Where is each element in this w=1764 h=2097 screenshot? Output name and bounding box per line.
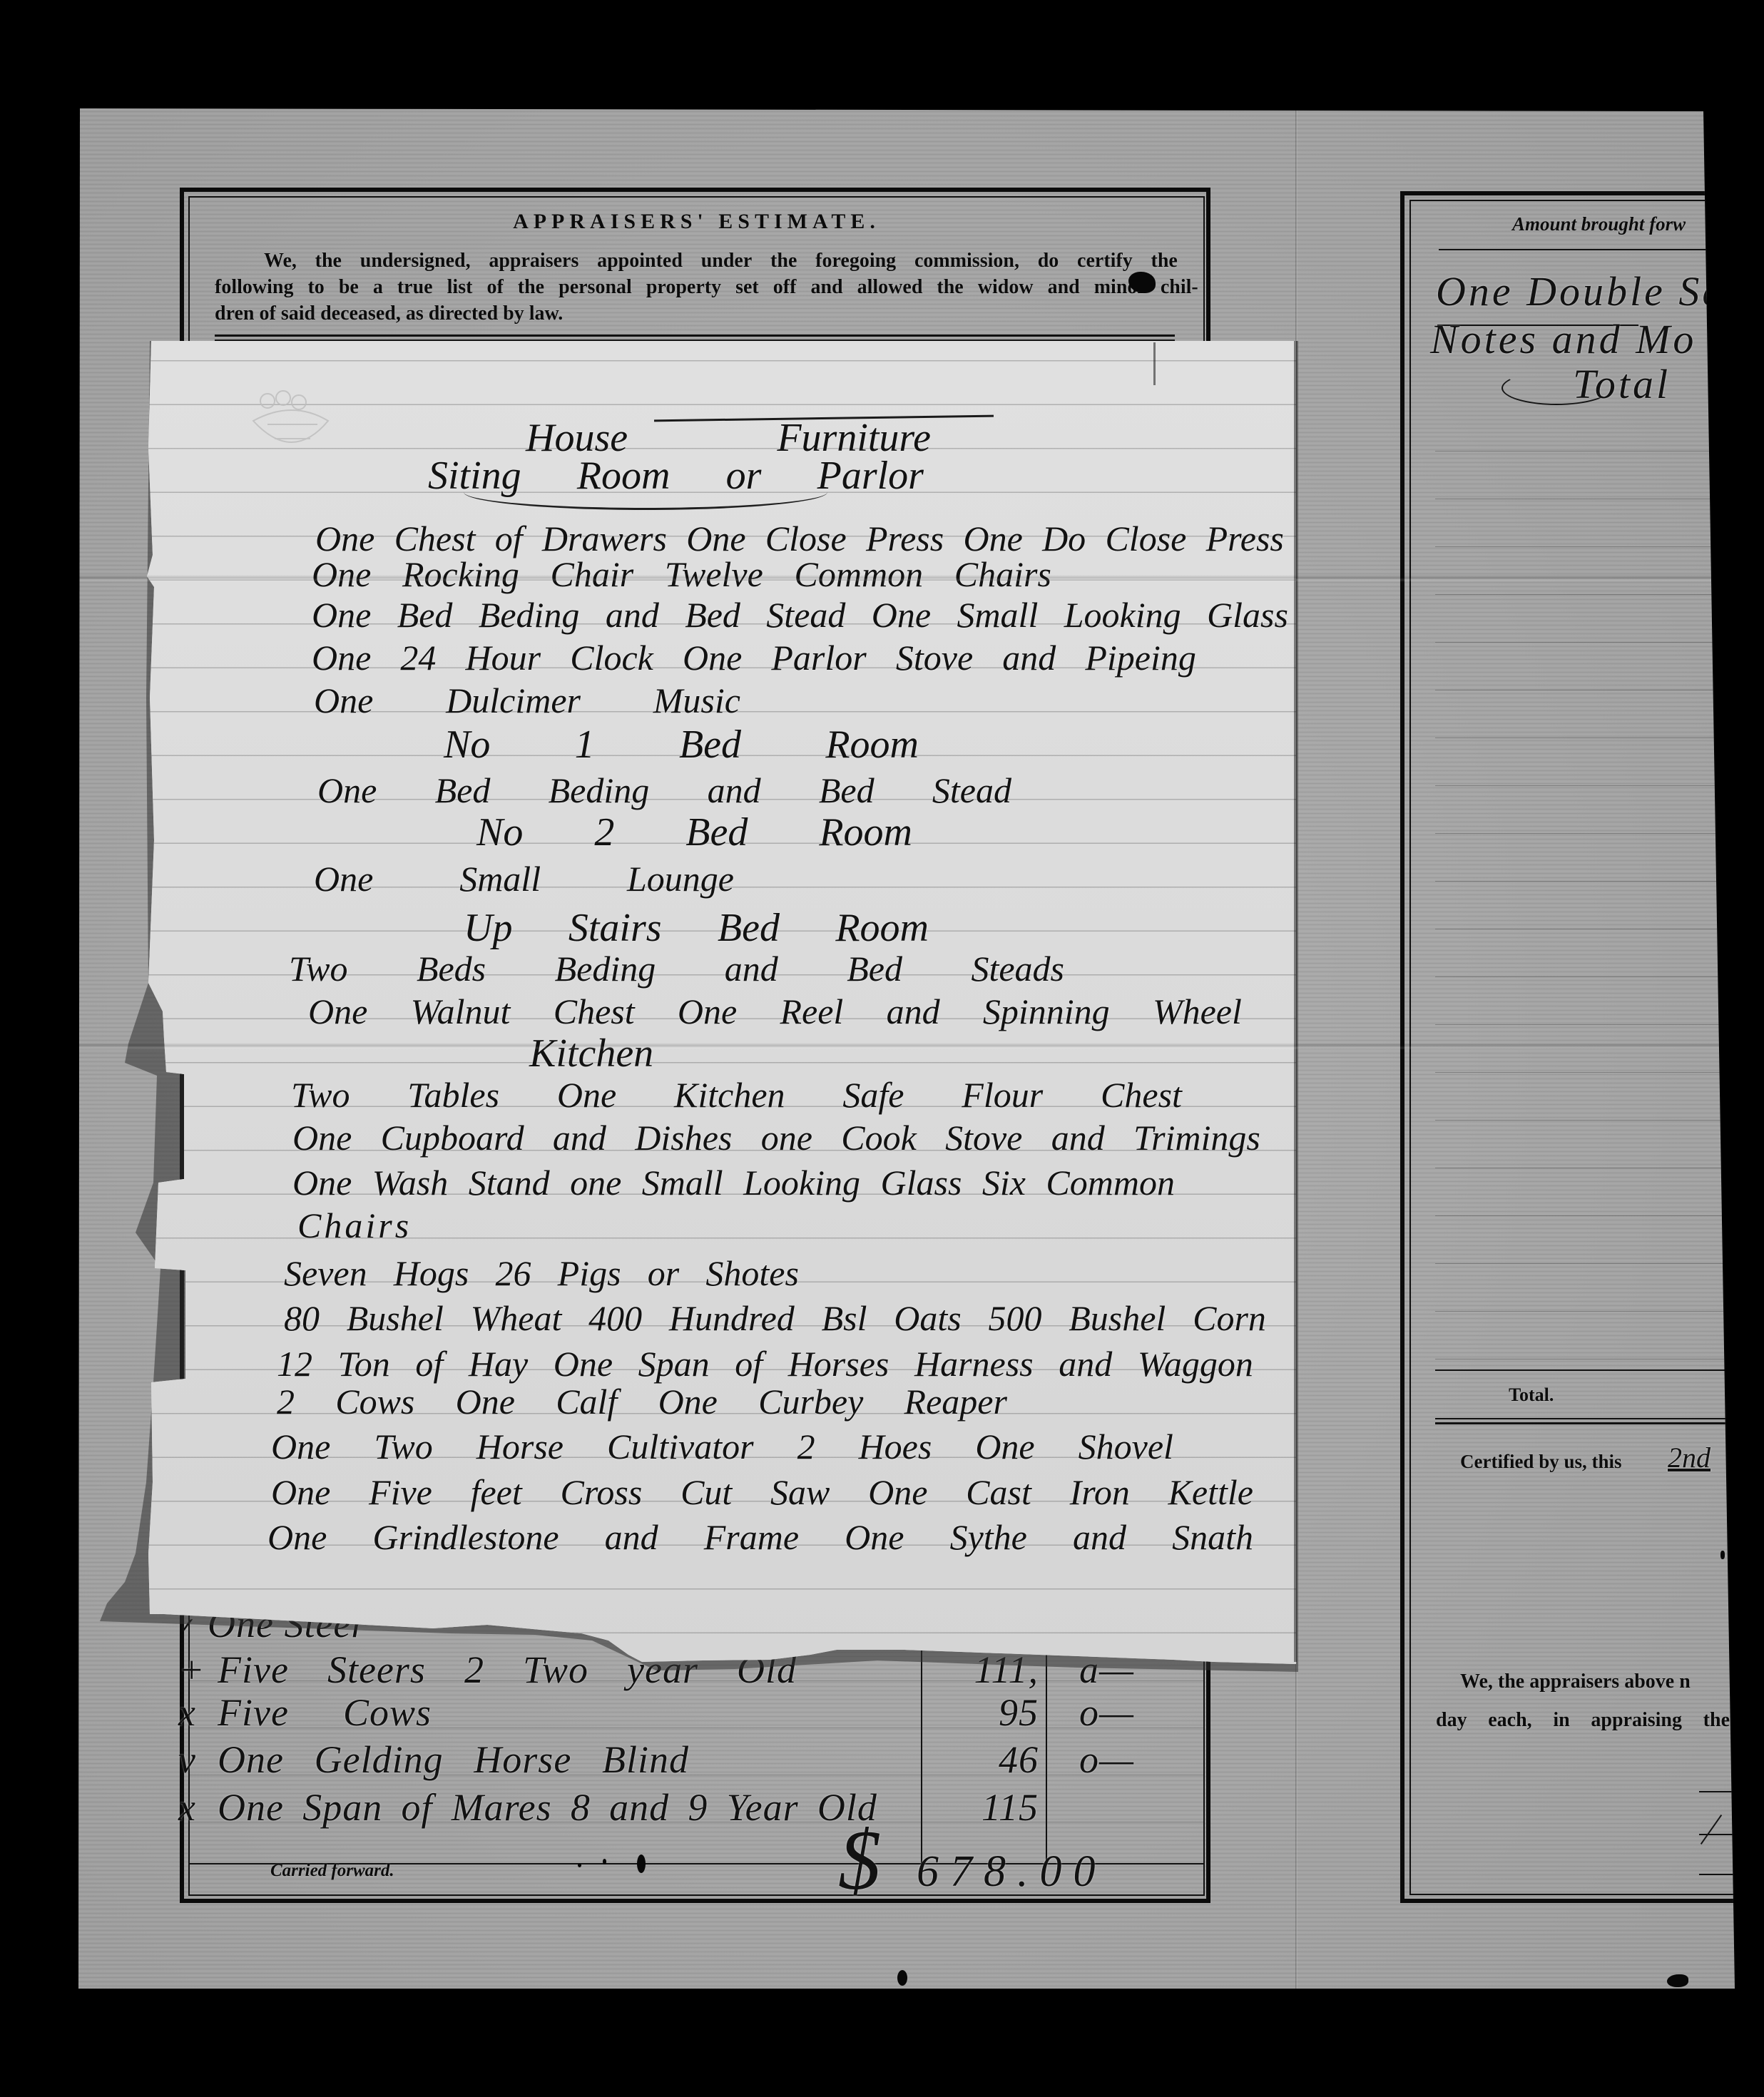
word: Flour xyxy=(962,1077,1043,1113)
signature-line xyxy=(1699,1791,1756,1792)
ink-speck xyxy=(603,1859,606,1864)
inventory-heading: HouseFurniture xyxy=(526,418,931,458)
word: Cook xyxy=(841,1120,917,1155)
inventory-heading: Kitchen xyxy=(529,1034,653,1073)
inventory-heading: No1BedRoom xyxy=(444,725,919,765)
word: Wheel xyxy=(1153,994,1242,1029)
inventory-line: OneSmallLounge xyxy=(314,861,734,897)
total-double-rule-a xyxy=(1435,1418,1742,1419)
word: Five xyxy=(218,1650,289,1689)
intro-line-2: followingtobeatruelistofthepersonalprope… xyxy=(215,277,1198,297)
word: Kitchen xyxy=(674,1077,785,1113)
inventory-line: OneCupboardandDishesoneCookStoveandTrimi… xyxy=(292,1120,1260,1155)
word: chil- xyxy=(1161,277,1198,297)
word: Frame xyxy=(704,1519,799,1555)
word: Bed xyxy=(685,812,748,852)
word: Cupboard xyxy=(381,1120,524,1155)
word: Hogs xyxy=(394,1255,469,1291)
carried-forward-label: Carried forward. xyxy=(270,1862,394,1879)
word: and xyxy=(1002,640,1056,675)
word: a xyxy=(373,277,383,297)
word: and xyxy=(606,597,659,633)
word: Kettle xyxy=(1168,1474,1253,1510)
word: Wash xyxy=(372,1165,449,1200)
word: Common xyxy=(795,556,924,592)
word: One xyxy=(456,1384,515,1419)
inventory-line: TwoTablesOneKitchenSafeFlourChest xyxy=(291,1077,1182,1113)
word: One xyxy=(271,1474,330,1510)
inventory-heading: UpStairsBedRoom xyxy=(464,908,929,948)
ink-spot xyxy=(1667,1974,1688,1987)
word: Beds xyxy=(417,951,486,986)
pasted-note-right-edge xyxy=(1294,341,1297,1662)
word: One xyxy=(312,640,371,675)
word: 80 xyxy=(284,1300,320,1336)
word: Room xyxy=(819,812,912,852)
row-check-mark: + xyxy=(178,1650,205,1689)
word: Small xyxy=(459,861,541,897)
inventory-line: 12TonofHayOneSpanofHorsesHarnessandWaggo… xyxy=(277,1346,1253,1382)
ink-spot xyxy=(897,1970,907,1986)
word: Reel xyxy=(780,994,844,1029)
word: One xyxy=(678,994,737,1029)
word: 26 xyxy=(496,1255,531,1291)
handwritten-total: Total xyxy=(1573,364,1671,405)
word: Rocking xyxy=(402,556,519,592)
word: One xyxy=(554,1346,613,1382)
word: 12 xyxy=(277,1346,312,1382)
word: One xyxy=(872,597,931,633)
row-cents: o— xyxy=(1079,1693,1134,1732)
word: Stand xyxy=(469,1165,550,1200)
word: Up xyxy=(464,908,512,948)
word: One xyxy=(308,994,367,1029)
word: Looking xyxy=(1064,597,1181,633)
inventory-line: OneChestofDrawersOneClosePressOneDoClose… xyxy=(315,521,1284,556)
word: Chest xyxy=(394,521,476,556)
word: One xyxy=(683,640,742,675)
word: and xyxy=(1048,277,1080,297)
row-item: FiveCows xyxy=(218,1693,432,1732)
word: Stove xyxy=(945,1120,1022,1155)
word: undersigned, xyxy=(360,251,471,271)
word: Bed xyxy=(847,951,902,986)
word: Span xyxy=(638,1346,710,1382)
word: Hay xyxy=(469,1346,528,1382)
word: Cross xyxy=(560,1474,642,1510)
word: One xyxy=(267,1519,327,1555)
word: Cows xyxy=(343,1693,432,1732)
word: the xyxy=(518,277,544,297)
word: One xyxy=(975,1429,1034,1464)
word: 9 xyxy=(688,1788,708,1827)
word: Two xyxy=(523,1650,588,1689)
word: appointed xyxy=(597,251,683,271)
carried-forward-total: 678.00 xyxy=(917,1849,1107,1894)
word: Steads xyxy=(971,951,1064,986)
word: of xyxy=(495,521,523,556)
word: We, xyxy=(264,251,297,271)
word: Steers xyxy=(327,1650,426,1689)
word: property xyxy=(646,277,721,297)
form-title: APPRAISERS' ESTIMATE. xyxy=(190,211,1203,233)
word: Stead xyxy=(932,772,1011,808)
word: feet xyxy=(471,1474,522,1510)
word: 500 xyxy=(988,1300,1041,1336)
word: Iron xyxy=(1070,1474,1130,1510)
word: Small xyxy=(642,1165,723,1200)
embossed-seal-icon xyxy=(239,385,346,471)
ink-speck xyxy=(637,1854,646,1873)
word: Hour xyxy=(466,640,541,675)
word: personal xyxy=(559,277,632,297)
word: and xyxy=(1059,1346,1112,1382)
word: Bushel xyxy=(347,1300,444,1336)
handwritten-line-2: Notes and Mo xyxy=(1430,319,1696,360)
word: Clock xyxy=(570,640,653,675)
word: 8 xyxy=(571,1788,591,1827)
word: and xyxy=(887,994,940,1029)
word: under xyxy=(701,251,753,271)
word: Small xyxy=(957,597,1038,633)
word: Horses xyxy=(788,1346,889,1382)
word: of xyxy=(401,1788,432,1827)
word: Trimings xyxy=(1133,1120,1260,1155)
word: One xyxy=(292,1165,352,1200)
word: One xyxy=(218,1740,284,1779)
word: Twelve xyxy=(665,556,763,592)
word: 2 xyxy=(277,1384,295,1419)
word: be xyxy=(339,277,359,297)
word: Beding xyxy=(479,597,580,633)
word: One xyxy=(314,861,373,897)
word: Bed xyxy=(397,597,453,633)
word: true xyxy=(397,277,433,297)
word: the xyxy=(1151,251,1178,271)
inventory-line: Chairs xyxy=(297,1208,412,1243)
word: Dishes xyxy=(635,1120,732,1155)
word: and xyxy=(810,277,842,297)
word: Stove xyxy=(896,640,973,675)
ink-speck xyxy=(1720,1551,1725,1559)
word: Five xyxy=(369,1474,432,1510)
word: Mares xyxy=(452,1788,552,1827)
word: one xyxy=(570,1165,621,1200)
word: Grindlestone xyxy=(372,1519,559,1555)
word: Cast xyxy=(966,1474,1031,1510)
word: widow xyxy=(978,277,1034,297)
word: 2 xyxy=(594,812,614,852)
word: 2 xyxy=(464,1650,484,1689)
handwritten-line-1: One Double Se xyxy=(1436,271,1723,312)
word: 1 xyxy=(575,725,595,765)
word: One xyxy=(557,1077,616,1113)
word: Bed xyxy=(435,772,491,808)
word: in xyxy=(1553,1710,1569,1730)
word: Stead xyxy=(766,597,845,633)
word: following xyxy=(215,277,293,297)
header-double-rule-top xyxy=(215,335,1175,337)
inventory-line: OneGrindlestoneandFrameOneSytheandSnath xyxy=(267,1519,1253,1555)
word: Music xyxy=(653,683,740,718)
word: Common xyxy=(1046,1165,1175,1200)
word: Furniture xyxy=(777,418,931,458)
row-dollars: 115 xyxy=(924,1788,1039,1827)
inventory-line: 80BushelWheat400HundredBslOats500BushelC… xyxy=(284,1300,1266,1336)
word: Cultivator xyxy=(607,1429,754,1464)
word: Bushel xyxy=(1069,1300,1166,1336)
word: Two xyxy=(291,1077,350,1113)
word: Chair xyxy=(551,556,634,592)
row-item: OneGeldingHorseBlind xyxy=(218,1740,689,1779)
amount-brought-forward-label: Amount brought forw xyxy=(1512,215,1686,234)
word: Close xyxy=(1105,521,1186,556)
word: Blind xyxy=(602,1740,689,1779)
word: Bed xyxy=(819,772,875,808)
word: 400 xyxy=(588,1300,642,1336)
inventory-line: OneTwoHorseCultivator2HoesOneShovel xyxy=(271,1429,1173,1464)
intro-line-3: dren of said deceased, as directed by la… xyxy=(215,304,563,324)
word: Press xyxy=(1206,521,1284,556)
word: One xyxy=(312,556,371,592)
certified-day: 2nd xyxy=(1668,1444,1711,1472)
word: Parlor xyxy=(771,640,866,675)
row-check-mark: x xyxy=(178,1788,196,1827)
word: Drawers xyxy=(542,521,667,556)
word: and xyxy=(1051,1120,1105,1155)
word: One xyxy=(312,597,371,633)
inventory-heading: No2BedRoom xyxy=(476,812,912,852)
word: Beding xyxy=(549,772,650,808)
word: Cows xyxy=(335,1384,414,1419)
word: House xyxy=(526,418,628,458)
word: Reaper xyxy=(904,1384,1007,1419)
word: Sythe xyxy=(950,1519,1027,1555)
word: Waggon xyxy=(1138,1346,1253,1382)
word: Safe xyxy=(842,1077,904,1113)
word: Span xyxy=(302,1788,382,1827)
word: allowed xyxy=(857,277,923,297)
word: each, xyxy=(1488,1710,1531,1730)
word: Six xyxy=(982,1165,1026,1200)
word: One xyxy=(218,1788,284,1827)
word: 24 xyxy=(400,640,436,675)
inventory-line: OneFivefeetCrossCutSawOneCastIronKettle xyxy=(271,1474,1253,1510)
word: Saw xyxy=(770,1474,830,1510)
total-label: Total. xyxy=(1509,1386,1554,1404)
word: One xyxy=(315,521,374,556)
word: Bed xyxy=(685,597,740,633)
word: Hoes xyxy=(859,1429,932,1464)
word: Bed xyxy=(718,908,780,948)
word: Glass xyxy=(1207,597,1288,633)
word: Beding xyxy=(555,951,656,986)
word: Bed xyxy=(679,725,741,765)
word: appraising xyxy=(1591,1710,1682,1730)
inventory-line: OneDulcimerMusic xyxy=(314,683,740,718)
word: Five xyxy=(218,1693,289,1732)
word: do xyxy=(1038,251,1059,271)
word: Oats xyxy=(894,1300,961,1336)
word: certify xyxy=(1077,251,1133,271)
word: 2 xyxy=(797,1429,815,1464)
total-rule-top xyxy=(1435,1369,1742,1371)
word: to xyxy=(307,277,324,297)
header-double-rule-bottom xyxy=(215,340,1175,341)
word: One xyxy=(658,1384,718,1419)
word: Siting xyxy=(428,456,521,496)
word: Cut xyxy=(680,1474,732,1510)
inventory-line: OneBedBedingandBedSteadOneSmallLookingGl… xyxy=(312,597,1288,633)
word: Two xyxy=(289,951,347,986)
word: Close xyxy=(765,521,847,556)
word: One xyxy=(292,1120,352,1155)
word: one xyxy=(761,1120,812,1155)
word: of xyxy=(735,1346,763,1382)
word: Shotes xyxy=(705,1255,799,1291)
appraisers-statement-line-2: dayeach,inappraisingthe xyxy=(1436,1710,1730,1730)
word: Room xyxy=(835,908,929,948)
word: the xyxy=(770,251,797,271)
word: day xyxy=(1436,1710,1467,1730)
row-cents: o— xyxy=(1079,1740,1134,1779)
word: and xyxy=(1073,1519,1126,1555)
word: and xyxy=(553,1120,606,1155)
word: Parlor xyxy=(817,456,924,496)
word: the xyxy=(937,277,963,297)
word: off xyxy=(773,277,797,297)
word: or xyxy=(648,1255,679,1291)
intro-line-1: We,theundersigned,appraisersappointedund… xyxy=(264,251,1178,271)
row-check-mark: v xyxy=(178,1740,196,1779)
word: and xyxy=(725,951,778,986)
word: list xyxy=(447,277,473,297)
word: Chest xyxy=(554,994,635,1029)
inventory-line: 2CowsOneCalfOneCurbeyReaper xyxy=(277,1384,1007,1419)
word: Corn xyxy=(1193,1300,1266,1336)
word: One xyxy=(686,521,745,556)
scanned-document-page: APPRAISERS' ESTIMATE. We,theundersigned,… xyxy=(0,0,1764,2097)
word: Two xyxy=(374,1429,432,1464)
inventory-line: OneWalnutChestOneReelandSpinningWheel xyxy=(308,994,1242,1029)
row-dollars: 46 xyxy=(924,1740,1039,1779)
word: of xyxy=(415,1346,443,1382)
word: One xyxy=(314,683,373,718)
word: Horse xyxy=(474,1740,571,1779)
appraisers-statement-line-1: We, the appraisers above n xyxy=(1460,1672,1691,1692)
word: of xyxy=(486,277,503,297)
word: One xyxy=(271,1429,330,1464)
row-dollars: 95 xyxy=(924,1693,1039,1732)
word: Room xyxy=(825,725,919,765)
word: Calf xyxy=(556,1384,617,1419)
word: Dulcimer xyxy=(446,683,581,718)
right-form-ruled-lines xyxy=(1435,404,1742,1370)
word: Bsl xyxy=(822,1300,867,1336)
word: set xyxy=(735,277,759,297)
word: Do xyxy=(1042,521,1086,556)
word: Seven xyxy=(284,1255,367,1291)
carried-forward-currency: $ xyxy=(838,1817,881,1903)
word: Pigs xyxy=(558,1255,621,1291)
word: Glass xyxy=(880,1165,962,1200)
certified-label: Certified by us, this xyxy=(1460,1452,1622,1471)
word: and xyxy=(609,1788,669,1827)
word: the xyxy=(1703,1710,1730,1730)
word: Tables xyxy=(407,1077,499,1113)
word: Horse xyxy=(476,1429,564,1464)
word: Chest xyxy=(1101,1077,1182,1113)
paper-corner-crease xyxy=(1153,342,1156,385)
inventory-heading: SitingRoomorParlor xyxy=(428,456,924,496)
word: Shovel xyxy=(1079,1429,1173,1464)
word: No xyxy=(476,812,523,852)
inventory-line: OneBedBedingandBedStead xyxy=(317,772,1011,808)
word: Hundred xyxy=(669,1300,795,1336)
word: or xyxy=(726,456,762,496)
word: commission, xyxy=(914,251,1019,271)
word: One xyxy=(317,772,377,808)
inventory-line: OneWashStandoneSmallLookingGlassSixCommo… xyxy=(292,1165,1175,1200)
word: Pipeing xyxy=(1085,640,1196,675)
word: Harness xyxy=(914,1346,1034,1382)
inventory-line: SevenHogs26PigsorShotes xyxy=(284,1255,799,1291)
total-double-rule-b xyxy=(1435,1422,1742,1424)
word: Stairs xyxy=(569,908,662,948)
word: One xyxy=(845,1519,904,1555)
word: Lounge xyxy=(627,861,734,897)
row-check-mark: x xyxy=(178,1693,196,1732)
word: Wheat xyxy=(471,1300,562,1336)
word: the xyxy=(315,251,342,271)
word: Ton xyxy=(338,1346,390,1382)
word: One xyxy=(964,521,1023,556)
row-item: OneSpanofMares8and9YearOld xyxy=(218,1788,877,1827)
word: foregoing xyxy=(815,251,896,271)
inventory-line: One24HourClockOneParlorStoveandPipeing xyxy=(312,640,1196,675)
word: Spinning xyxy=(983,994,1110,1029)
word: Chairs xyxy=(954,556,1051,592)
signature-line xyxy=(1699,1874,1756,1875)
word: Press xyxy=(866,521,944,556)
word: Room xyxy=(577,456,671,496)
word: Year xyxy=(727,1788,799,1827)
word: Looking xyxy=(743,1165,860,1200)
word: Curbey xyxy=(758,1384,863,1419)
word: Walnut xyxy=(411,994,511,1029)
ink-speck xyxy=(578,1863,581,1867)
word: appraisers xyxy=(489,251,578,271)
word: and xyxy=(708,772,761,808)
word: and xyxy=(605,1519,658,1555)
word: Gelding xyxy=(315,1740,444,1779)
inventory-line: OneRockingChairTwelveCommonChairs xyxy=(312,556,1051,592)
inventory-line: TwoBedsBedingandBedSteads xyxy=(289,951,1064,986)
word: No xyxy=(444,725,490,765)
header-rule xyxy=(1439,249,1738,250)
word: One xyxy=(868,1474,927,1510)
word: Snath xyxy=(1172,1519,1253,1555)
